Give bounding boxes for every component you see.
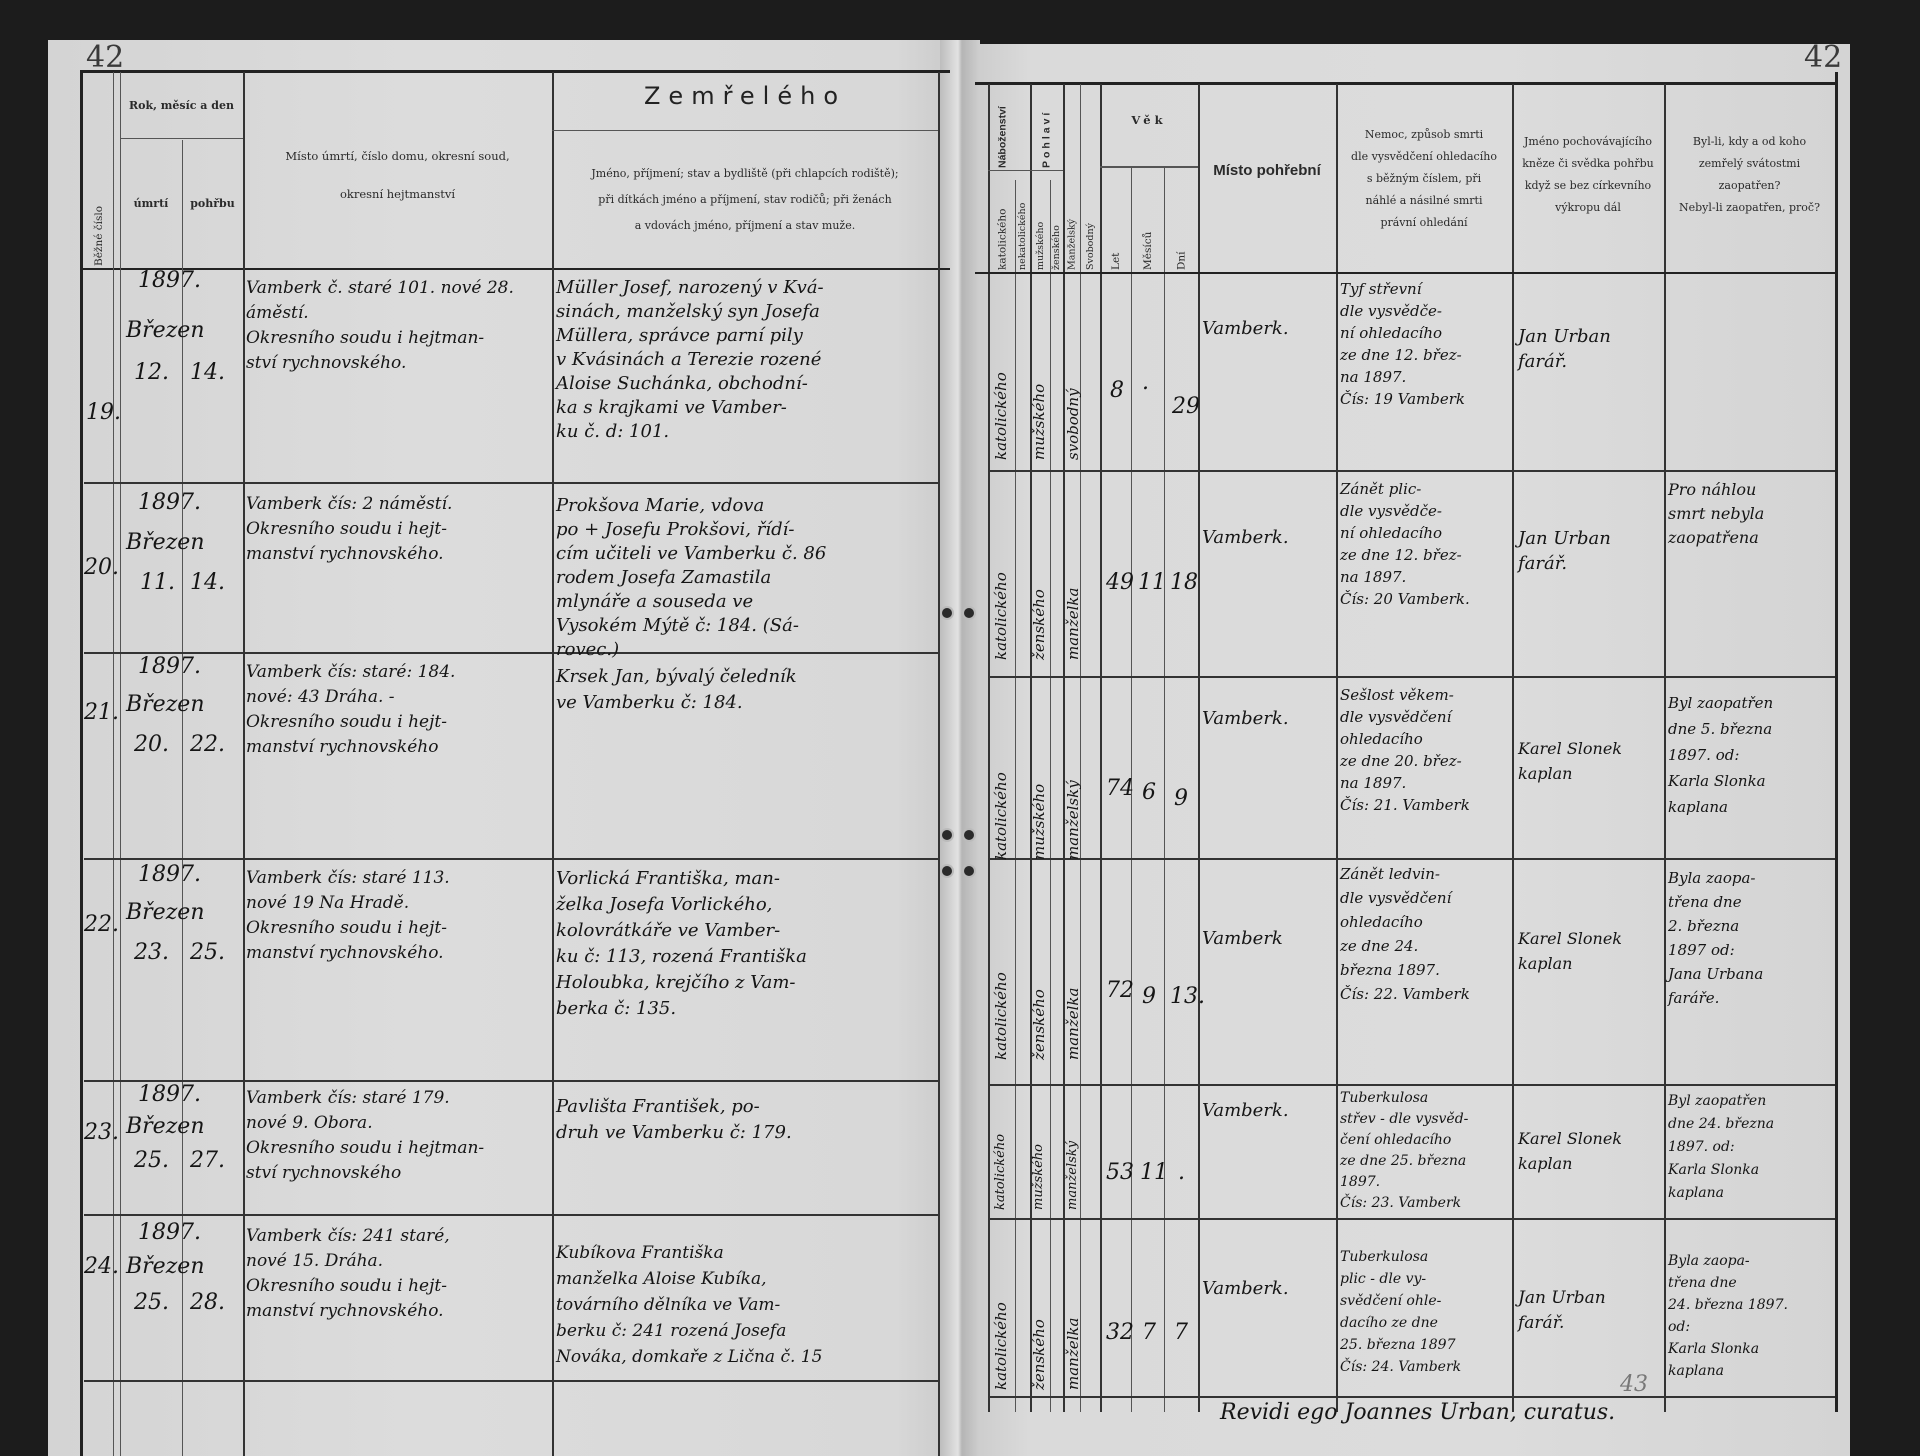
margin-note: 43 [1620, 1372, 1648, 1397]
header-catholic: katolického [990, 172, 1015, 270]
header-death-date: úmrtí [120, 140, 182, 266]
entry-number: 20. [84, 555, 119, 580]
col-divider [1512, 84, 1514, 1412]
entry-religion: katolického [992, 1240, 1010, 1390]
header-married: Manželský [1064, 172, 1080, 270]
entry-number: 22. [84, 912, 119, 937]
header-single: Svobodný [1081, 172, 1100, 270]
header-age-days: Dní [1165, 170, 1198, 270]
entry-age-months: 7 [1142, 1320, 1156, 1345]
entry-death-day: 23. [134, 940, 169, 965]
entry-age-months: 11 [1140, 1160, 1168, 1185]
col-divider [1050, 180, 1051, 1412]
entry-status: manželka [1064, 880, 1082, 1060]
reviewer-signature: Revidi ego Joannes Urban, curatus. [1220, 1400, 1615, 1425]
entry-burial-place: Vamberk. [1202, 1098, 1289, 1123]
entry-year: 1897. [138, 490, 201, 515]
entry-age-months: . [1142, 370, 1149, 395]
entry-burial-day: 28. [190, 1290, 225, 1315]
header-running-number: Běžné číslo [84, 140, 114, 266]
entry-year: 1897. [138, 862, 201, 887]
entry-year: 1897. [138, 1220, 201, 1245]
entry-priest: Karel Slonek kaplan [1518, 736, 1664, 786]
header-deceased-title: Zemřelého [552, 82, 938, 110]
entry-priest: Karel Slonek kaplan [1518, 926, 1664, 976]
binding-hole [964, 866, 974, 876]
binding-hole [942, 608, 952, 618]
row-divider [120, 138, 243, 139]
entry-cause: Tyf střevní dle vysvědče- ní ohledacího … [1340, 278, 1512, 410]
entry-age-years: 72 [1106, 978, 1134, 1003]
entry-priest: Jan Urban farář. [1518, 324, 1664, 374]
binding-hole [964, 608, 974, 618]
book-gutter [940, 40, 980, 1456]
header-noncatholic: nekatolického [1015, 172, 1030, 270]
col-divider [1664, 84, 1666, 1412]
entry-status: manželský [1064, 1090, 1082, 1210]
row-divider [988, 170, 1063, 171]
col-divider [113, 72, 114, 1456]
header-deceased-desc: Jméno, příjmení; stav a bydliště (při ch… [552, 135, 938, 265]
header-cause: Nemoc, způsob smrti dle vysvědčení ohled… [1336, 104, 1512, 254]
entry-number: 19. [86, 400, 121, 425]
header-sex: Pohlaví [1031, 86, 1062, 168]
entry-deceased: Kubíkova Františka manželka Aloise Kubík… [556, 1240, 938, 1370]
row-divider [988, 858, 1835, 860]
col-divider [243, 72, 245, 1456]
entry-year: 1897. [138, 268, 201, 293]
header-burial-date: pohřbu [182, 140, 243, 266]
row-divider [84, 482, 938, 484]
entry-age-days: . [1178, 1160, 1185, 1185]
entry-burial-place: Vamberk. [1202, 1276, 1289, 1301]
entry-number: 23. [84, 1120, 119, 1145]
entry-death-day: 20. [134, 732, 169, 757]
row-divider [988, 1396, 1835, 1398]
entry-sacraments: Pro náhlou smrt nebyla zaopatřena [1668, 478, 1834, 550]
entry-age-years: 74 [1106, 776, 1134, 801]
entry-age-months: 11 [1138, 570, 1166, 595]
entry-deceased: Vorlická Františka, man- želka Josefa Vo… [556, 866, 938, 1022]
col-divider [1198, 84, 1200, 1412]
entry-month: Březen [126, 692, 204, 717]
binding-hole [942, 830, 952, 840]
header-burial-place: Místo pohřební [1198, 140, 1336, 200]
entry-age-days: 9 [1174, 786, 1188, 811]
header-age-years: Let [1101, 170, 1131, 270]
entry-sacraments: Byla zaopa- třena dne 24. března 1897. o… [1668, 1250, 1834, 1382]
entry-priest: Karel Slonek kaplan [1518, 1126, 1664, 1176]
entry-age-years: 53 [1106, 1160, 1134, 1185]
col-divider [1164, 168, 1165, 1412]
row-divider [84, 1080, 938, 1082]
entry-burial-day: 14. [190, 570, 225, 595]
entry-cause: Zánět plic- dle vysvědče- ní ohledacího … [1340, 478, 1512, 610]
left-header-rule [80, 268, 950, 270]
row-divider [988, 1084, 1835, 1086]
entry-age-years: 8 [1110, 378, 1124, 403]
entry-month: Březen [126, 318, 204, 343]
entry-month: Březen [126, 1114, 204, 1139]
header-female: ženského [1050, 172, 1063, 270]
entry-year: 1897. [138, 1082, 201, 1107]
row-divider [988, 676, 1835, 678]
entry-deceased: Prokšova Marie, vdova po + Josefu Prokšo… [556, 494, 938, 662]
entry-number: 24. [84, 1254, 119, 1279]
header-date-group: Rok, měsíc a den [120, 76, 243, 136]
row-divider [84, 1214, 938, 1216]
entry-religion: katolického [992, 290, 1010, 460]
entry-sex: mužského [1030, 690, 1048, 860]
entry-religion: katolického [992, 1090, 1010, 1210]
row-divider [552, 130, 938, 131]
entry-sex: ženského [1030, 1240, 1048, 1390]
entry-death-day: 11. [140, 570, 175, 595]
entry-cause: Zánět ledvin- dle vysvědčení ohledacího … [1340, 862, 1512, 1006]
row-divider [84, 1380, 938, 1382]
entry-sex: ženského [1030, 490, 1048, 660]
entry-place: Vamberk čís: staré: 184. nové: 43 Dráha.… [246, 660, 552, 760]
entry-death-day: 12. [134, 360, 169, 385]
entry-burial-day: 25. [190, 940, 225, 965]
row-divider [84, 858, 938, 860]
entry-age-days: 7 [1174, 1320, 1188, 1345]
entry-priest: Jan Urban farář. [1518, 526, 1664, 576]
entry-age-months: 6 [1142, 780, 1156, 805]
entry-status: manželský [1064, 690, 1082, 860]
entry-sacraments: Byl zaopatřen dne 24. března 1897. od: K… [1668, 1090, 1834, 1205]
entry-sex: mužského [1030, 1090, 1048, 1210]
entry-burial-place: Vamberk. [1202, 706, 1289, 731]
entry-burial-place: Vamberk. [1202, 316, 1289, 341]
right-header-rule [975, 272, 1835, 274]
right-page-number: 42 [1804, 40, 1842, 75]
header-sacraments: Byl-li, kdy a od koho zemřelý svátostmi … [1664, 115, 1835, 235]
entry-death-day: 25. [134, 1148, 169, 1173]
header-place-of-death: Místo úmrtí, číslo domu, okresní soud, o… [243, 120, 552, 230]
col-divider [938, 72, 940, 1456]
entry-deceased: Müller Josef, narozený v Kvá- sinách, ma… [556, 276, 938, 444]
entry-sacraments: Byl zaopatřen dne 5. března 1897. od: Ka… [1668, 690, 1834, 820]
entry-year: 1897. [138, 654, 201, 679]
entry-age-years: 32 [1106, 1320, 1134, 1345]
entry-month: Březen [126, 1254, 204, 1279]
header-religion: Náboženství [990, 86, 1015, 168]
binding-hole [964, 830, 974, 840]
entry-cause: Tuberkulosa plic - dle vy- svědčení ohle… [1340, 1246, 1512, 1378]
col-divider [1100, 84, 1102, 1412]
right-outer-border [1835, 72, 1838, 1412]
row-divider [1100, 166, 1198, 168]
entry-sex: mužského [1030, 290, 1048, 460]
entry-place: Vamberk čís: 2 náměstí. Okresního soudu … [246, 492, 552, 567]
entry-place: Vamberk č. staré 101. nové 28. áměstí. O… [246, 276, 552, 376]
col-divider [1336, 84, 1338, 1412]
entry-place: Vamberk čís: staré 179. nové 9. Obora. O… [246, 1086, 552, 1186]
entry-cause: Tuberkulosa střev - dle vysvěd- čení ohl… [1340, 1088, 1512, 1214]
entry-place: Vamberk čís: staré 113. nové 19 Na Hradě… [246, 866, 552, 966]
right-top-border [975, 82, 1835, 85]
entry-burial-place: Vamberk [1202, 926, 1283, 951]
col-divider [120, 72, 121, 1456]
entry-religion: katolického [992, 490, 1010, 660]
col-divider [1015, 180, 1016, 1412]
entry-cause: Sešlost věkem- dle vysvědčení ohledacího… [1340, 684, 1512, 816]
binding-hole [942, 866, 952, 876]
entry-sacraments: Byla zaopa- třena dne 2. března 1897 od:… [1668, 866, 1834, 1010]
entry-burial-place: Vamberk. [1202, 525, 1289, 550]
entry-deceased: Krsek Jan, bývalý čeledník ve Vamberku č… [556, 664, 938, 716]
left-outer-border [80, 70, 83, 1456]
header-male: mužského [1031, 172, 1050, 270]
entry-sex: ženského [1030, 880, 1048, 1060]
entry-religion: katolického [992, 880, 1010, 1060]
entry-month: Březen [126, 530, 204, 555]
entry-age-days: 13. [1170, 984, 1205, 1009]
entry-status: manželka [1064, 490, 1082, 660]
entry-death-day: 25. [134, 1290, 169, 1315]
entry-burial-day: 27. [190, 1148, 225, 1173]
col-divider [988, 84, 990, 1412]
entry-deceased: Pavlišta František, po- druh ve Vamberku… [556, 1094, 938, 1146]
row-divider [988, 470, 1835, 472]
entry-burial-day: 22. [190, 732, 225, 757]
header-age: Věk [1100, 100, 1198, 140]
left-top-border [80, 70, 950, 73]
row-divider [988, 1218, 1835, 1220]
entry-month: Březen [126, 900, 204, 925]
header-age-months: Měsíců [1132, 170, 1164, 270]
entry-status: manželka [1064, 1240, 1082, 1390]
entry-place: Vamberk čís: 241 staré, nové 15. Dráha. … [246, 1224, 552, 1324]
entry-age-days: 18 [1170, 570, 1198, 595]
col-divider [552, 72, 554, 1456]
entry-age-months: 9 [1142, 984, 1156, 1009]
entry-number: 21. [84, 700, 119, 725]
entry-age-days: 29 [1172, 394, 1200, 419]
entry-status: svobodný [1064, 290, 1082, 460]
header-priest: Jméno pochovávajícího kněze či svědka po… [1512, 115, 1664, 235]
entry-priest: Jan Urban farář. [1518, 1286, 1664, 1336]
entry-age-years: 49 [1106, 570, 1134, 595]
entry-religion: katolického [992, 690, 1010, 860]
entry-burial-day: 14. [190, 360, 225, 385]
